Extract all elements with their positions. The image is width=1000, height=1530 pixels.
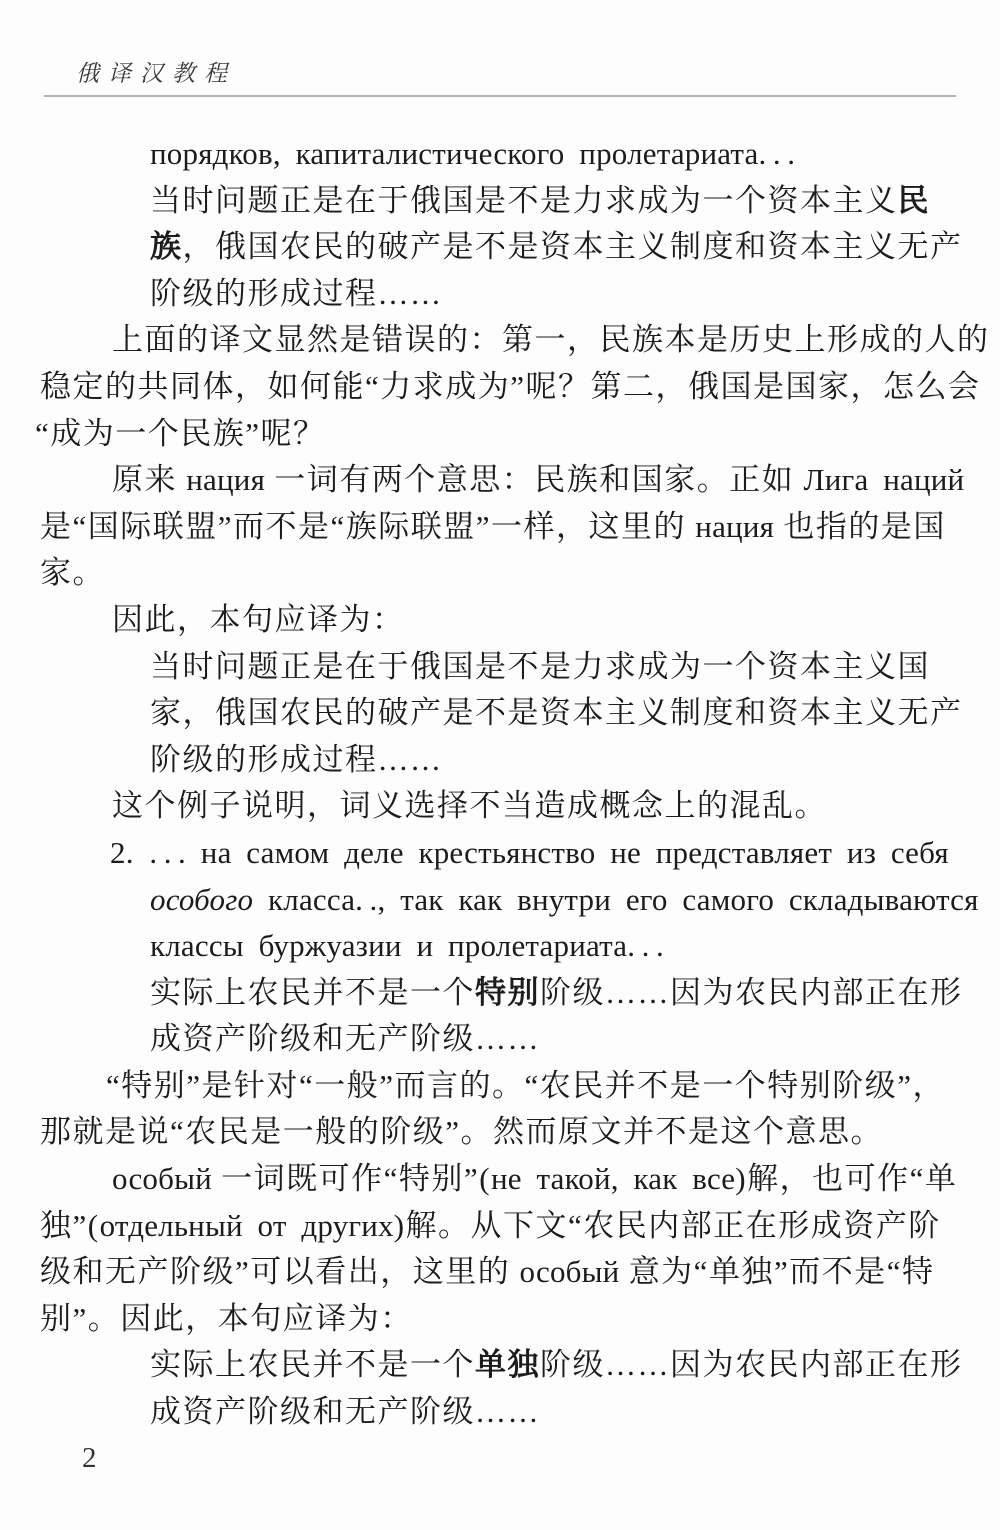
chinese-text: 一词既可作“特别”(: [212, 1161, 491, 1196]
text-line: 原来 нация 一词有两个意思：民族和国家。正如 Лига наций: [112, 457, 940, 504]
russian-text: класса. ., так как внутри его самого скл…: [253, 882, 978, 917]
russian-text: классы буржуазии и пролетариата. . .: [150, 928, 664, 963]
text-line: 是“国际联盟”而不是“族际联盟”一样，这里的 нация 也指的是国: [40, 504, 940, 551]
text-line: 稳定的共同体，如何能“力求成为”呢？第二，俄国是国家，怎么会: [40, 364, 940, 411]
russian-text: особого: [150, 882, 253, 917]
chinese-text: 民: [898, 183, 931, 218]
text-line: 阶级的形成过程……: [150, 271, 940, 318]
text-line: 当时问题正是在于俄国是不是力求成为一个资本主义民: [150, 178, 940, 225]
text-line: 成资产阶级和无产阶级……: [150, 1389, 940, 1436]
chinese-text: ，俄国农民的破产是不是资本主义制度和资本主义无产: [183, 229, 963, 264]
chinese-text: 成资产阶级和无产阶级……: [150, 1021, 540, 1056]
text-line: особого класса. ., так как внутри его са…: [150, 877, 940, 924]
text-line: 级和无产阶级”可以看出，这里的 особый 意为“单独”而不是“特: [40, 1249, 940, 1296]
chinese-text: 级和无产阶级”可以看出，这里的: [40, 1254, 520, 1289]
chinese-text: 实际上农民并不是一个: [150, 975, 475, 1010]
text-line: 家。: [40, 550, 940, 597]
chinese-text: 原来: [112, 462, 186, 497]
text-line: 家，俄国农民的破产是不是资本主义制度和资本主义无产: [150, 690, 940, 737]
chinese-text: 特别: [475, 975, 540, 1010]
text-line: 别”。因此，本句应译为：: [40, 1296, 940, 1343]
chinese-text: 一词有两个意思：民族和国家。正如: [265, 462, 804, 497]
chinese-text: 阶级……因为农民内部正在形: [540, 975, 963, 1010]
chinese-text: 实际上农民并不是一个: [150, 1347, 475, 1382]
text-line: 实际上农民并不是一个特别阶级……因为农民内部正在形: [150, 970, 940, 1017]
russian-text: порядков, капиталистического пролетариат…: [150, 136, 795, 171]
russian-text: не такой, как все: [491, 1161, 735, 1196]
text-line: 上面的译文显然是错误的：第一，民族本是历史上形成的人的: [112, 317, 940, 364]
chinese-text: 当时问题正是在于俄国是不是力求成为一个资本主义: [150, 183, 898, 218]
russian-text: 2. . . . на самом деле крестьянство не п…: [110, 835, 949, 870]
russian-text: нация: [695, 509, 774, 544]
chinese-text: 稳定的共同体，如何能“力求成为”呢？第二，俄国是国家，怎么会: [40, 369, 981, 404]
text-line: “成为一个民族”呢？: [35, 411, 940, 458]
text-line: 阶级的形成过程……: [150, 737, 940, 784]
chinese-text: 独”(: [40, 1208, 100, 1243]
page-number: 2: [82, 1438, 97, 1478]
chinese-text: 家，俄国农民的破产是不是资本主义制度和资本主义无产: [150, 695, 963, 730]
chinese-text: 族: [150, 229, 183, 264]
running-header: 俄译汉教程: [0, 0, 1000, 100]
chinese-text: )解。从下文“农民内部正在形成资产阶: [394, 1208, 941, 1243]
text-line: 那就是说“农民是一般的阶级”。然而原文并不是这个意思。: [40, 1109, 940, 1156]
text-line: 当时问题正是在于俄国是不是力求成为一个资本主义国: [150, 644, 940, 691]
chinese-text: 那就是说“农民是一般的阶级”。然而原文并不是这个意思。: [40, 1114, 883, 1149]
text-line: 实际上农民并不是一个单独阶级……因为农民内部正在形: [150, 1342, 940, 1389]
text-line: 成资产阶级和无产阶级……: [150, 1016, 940, 1063]
russian-text: особый: [112, 1161, 212, 1196]
chinese-text: 因此，本句应译为：: [112, 602, 405, 637]
russian-text: Лига наций: [804, 462, 965, 497]
chinese-text: 也指的是国: [774, 509, 946, 544]
chinese-text: 别”。因此，本句应译为：: [40, 1301, 413, 1336]
chinese-text: 阶级的形成过程……: [150, 276, 443, 311]
chinese-text: 这个例子说明，词义选择不当造成概念上的混乱。: [112, 788, 827, 823]
chinese-text: “成为一个民族”呢？: [35, 416, 326, 451]
russian-text: отдельный от других: [100, 1208, 394, 1243]
text-line: 2. . . . на самом деле крестьянство не п…: [110, 830, 940, 877]
chinese-text: 是“国际联盟”而不是“族际联盟”一样，这里的: [40, 509, 695, 544]
russian-text: нация: [186, 462, 265, 497]
chinese-text: “特别”是针对“一般”而言的。“农民并不是一个特别阶级”，: [106, 1068, 945, 1103]
chinese-text: 单独: [475, 1347, 540, 1382]
chinese-text: 阶级……因为农民内部正在形: [540, 1347, 963, 1382]
text-line: 这个例子说明，词义选择不当造成概念上的混乱。: [112, 783, 940, 830]
text-line: 因此，本句应译为：: [112, 597, 940, 644]
text-line: порядков, капиталистического пролетариат…: [150, 131, 940, 178]
chinese-text: 家。: [40, 555, 105, 590]
chinese-text: 成资产阶级和无产阶级……: [150, 1394, 540, 1429]
book-title: 俄译汉教程: [76, 55, 236, 88]
chinese-text: 上面的译文显然是错误的：第一，民族本是历史上形成的人的: [112, 322, 990, 357]
chinese-text: 阶级的形成过程……: [150, 742, 443, 777]
text-line: “特别”是针对“一般”而言的。“农民并不是一个特别阶级”，: [106, 1063, 940, 1110]
header-rule: [44, 95, 956, 97]
chinese-text: 意为“单独”而不是“特: [619, 1254, 934, 1289]
body-lines: порядков, капиталистического пролетариат…: [40, 131, 940, 1436]
book-page: 俄译汉教程 порядков, капиталистического проле…: [0, 0, 1000, 1530]
chinese-text: )解，也可作“单: [735, 1161, 957, 1196]
text-line: особый 一词既可作“特别”(не такой, как все)解，也可作…: [112, 1156, 940, 1203]
chinese-text: 当时问题正是在于俄国是不是力求成为一个资本主义国: [150, 649, 930, 684]
text-line: 独”(отдельный от других)解。从下文“农民内部正在形成资产阶: [40, 1203, 940, 1250]
text-line: классы буржуазии и пролетариата. . .: [150, 923, 940, 970]
russian-text: особый: [520, 1254, 620, 1289]
text-line: 族，俄国农民的破产是不是资本主义制度和资本主义无产: [150, 224, 940, 271]
